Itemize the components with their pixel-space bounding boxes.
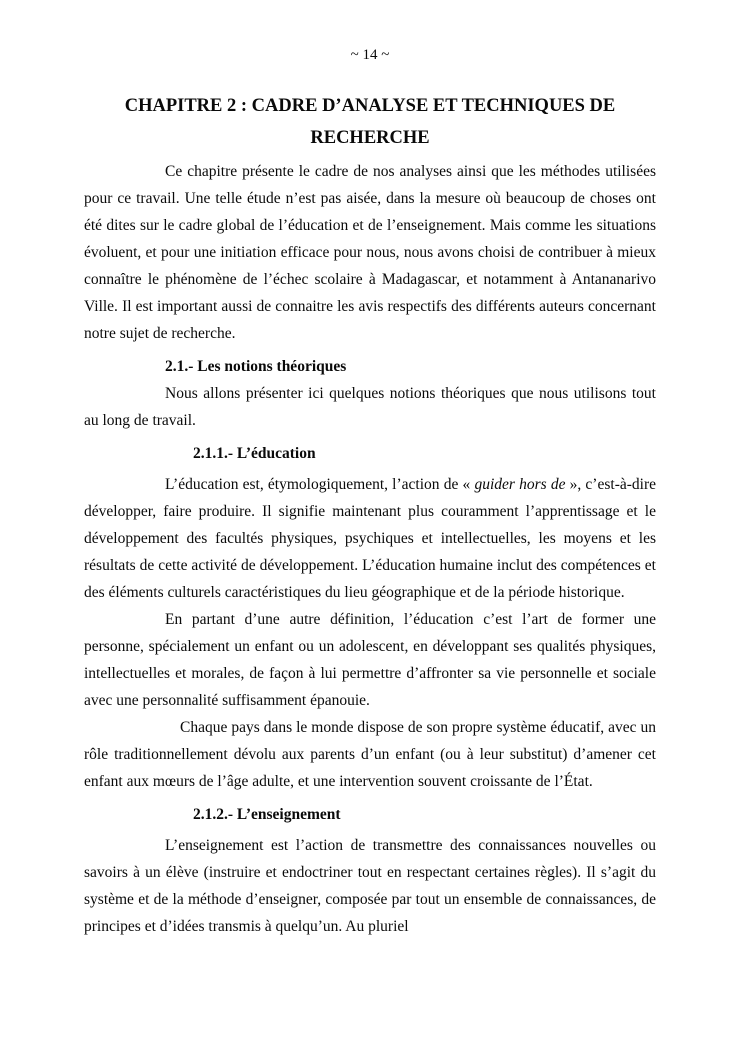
heading-2-1-1: 2.1.1.- L’éducation [84, 440, 656, 467]
italic-term-guider-hors-de: guider hors de [474, 476, 565, 493]
education-text-before: L’éducation est, étymologiquement, l’act… [165, 476, 474, 493]
page-number: ~ 14 ~ [84, 45, 656, 65]
chapter-title: CHAPITRE 2 : CADRE D’ANALYSE ET TECHNIQU… [110, 90, 630, 154]
heading-2-1-2: 2.1.2.- L’enseignement [84, 801, 656, 828]
document-page: ~ 14 ~ CHAPITRE 2 : CADRE D’ANALYSE ET T… [0, 0, 744, 1053]
paragraph-intro: Ce chapitre présente le cadre de nos ana… [84, 158, 656, 347]
education-text-after: », c’est-à-dire développer, faire produi… [84, 476, 656, 601]
paragraph-definition: En partant d’une autre définition, l’édu… [84, 606, 656, 714]
paragraph-systeme-educatif: Chaque pays dans le monde dispose de son… [84, 714, 656, 795]
paragraph-notions: Nous allons présenter ici quelques notio… [84, 380, 656, 434]
heading-2-1: 2.1.- Les notions théoriques [84, 353, 656, 380]
paragraph-enseignement: L’enseignement est l’action de transmett… [84, 832, 656, 940]
paragraph-education: L’éducation est, étymologiquement, l’act… [84, 471, 656, 606]
